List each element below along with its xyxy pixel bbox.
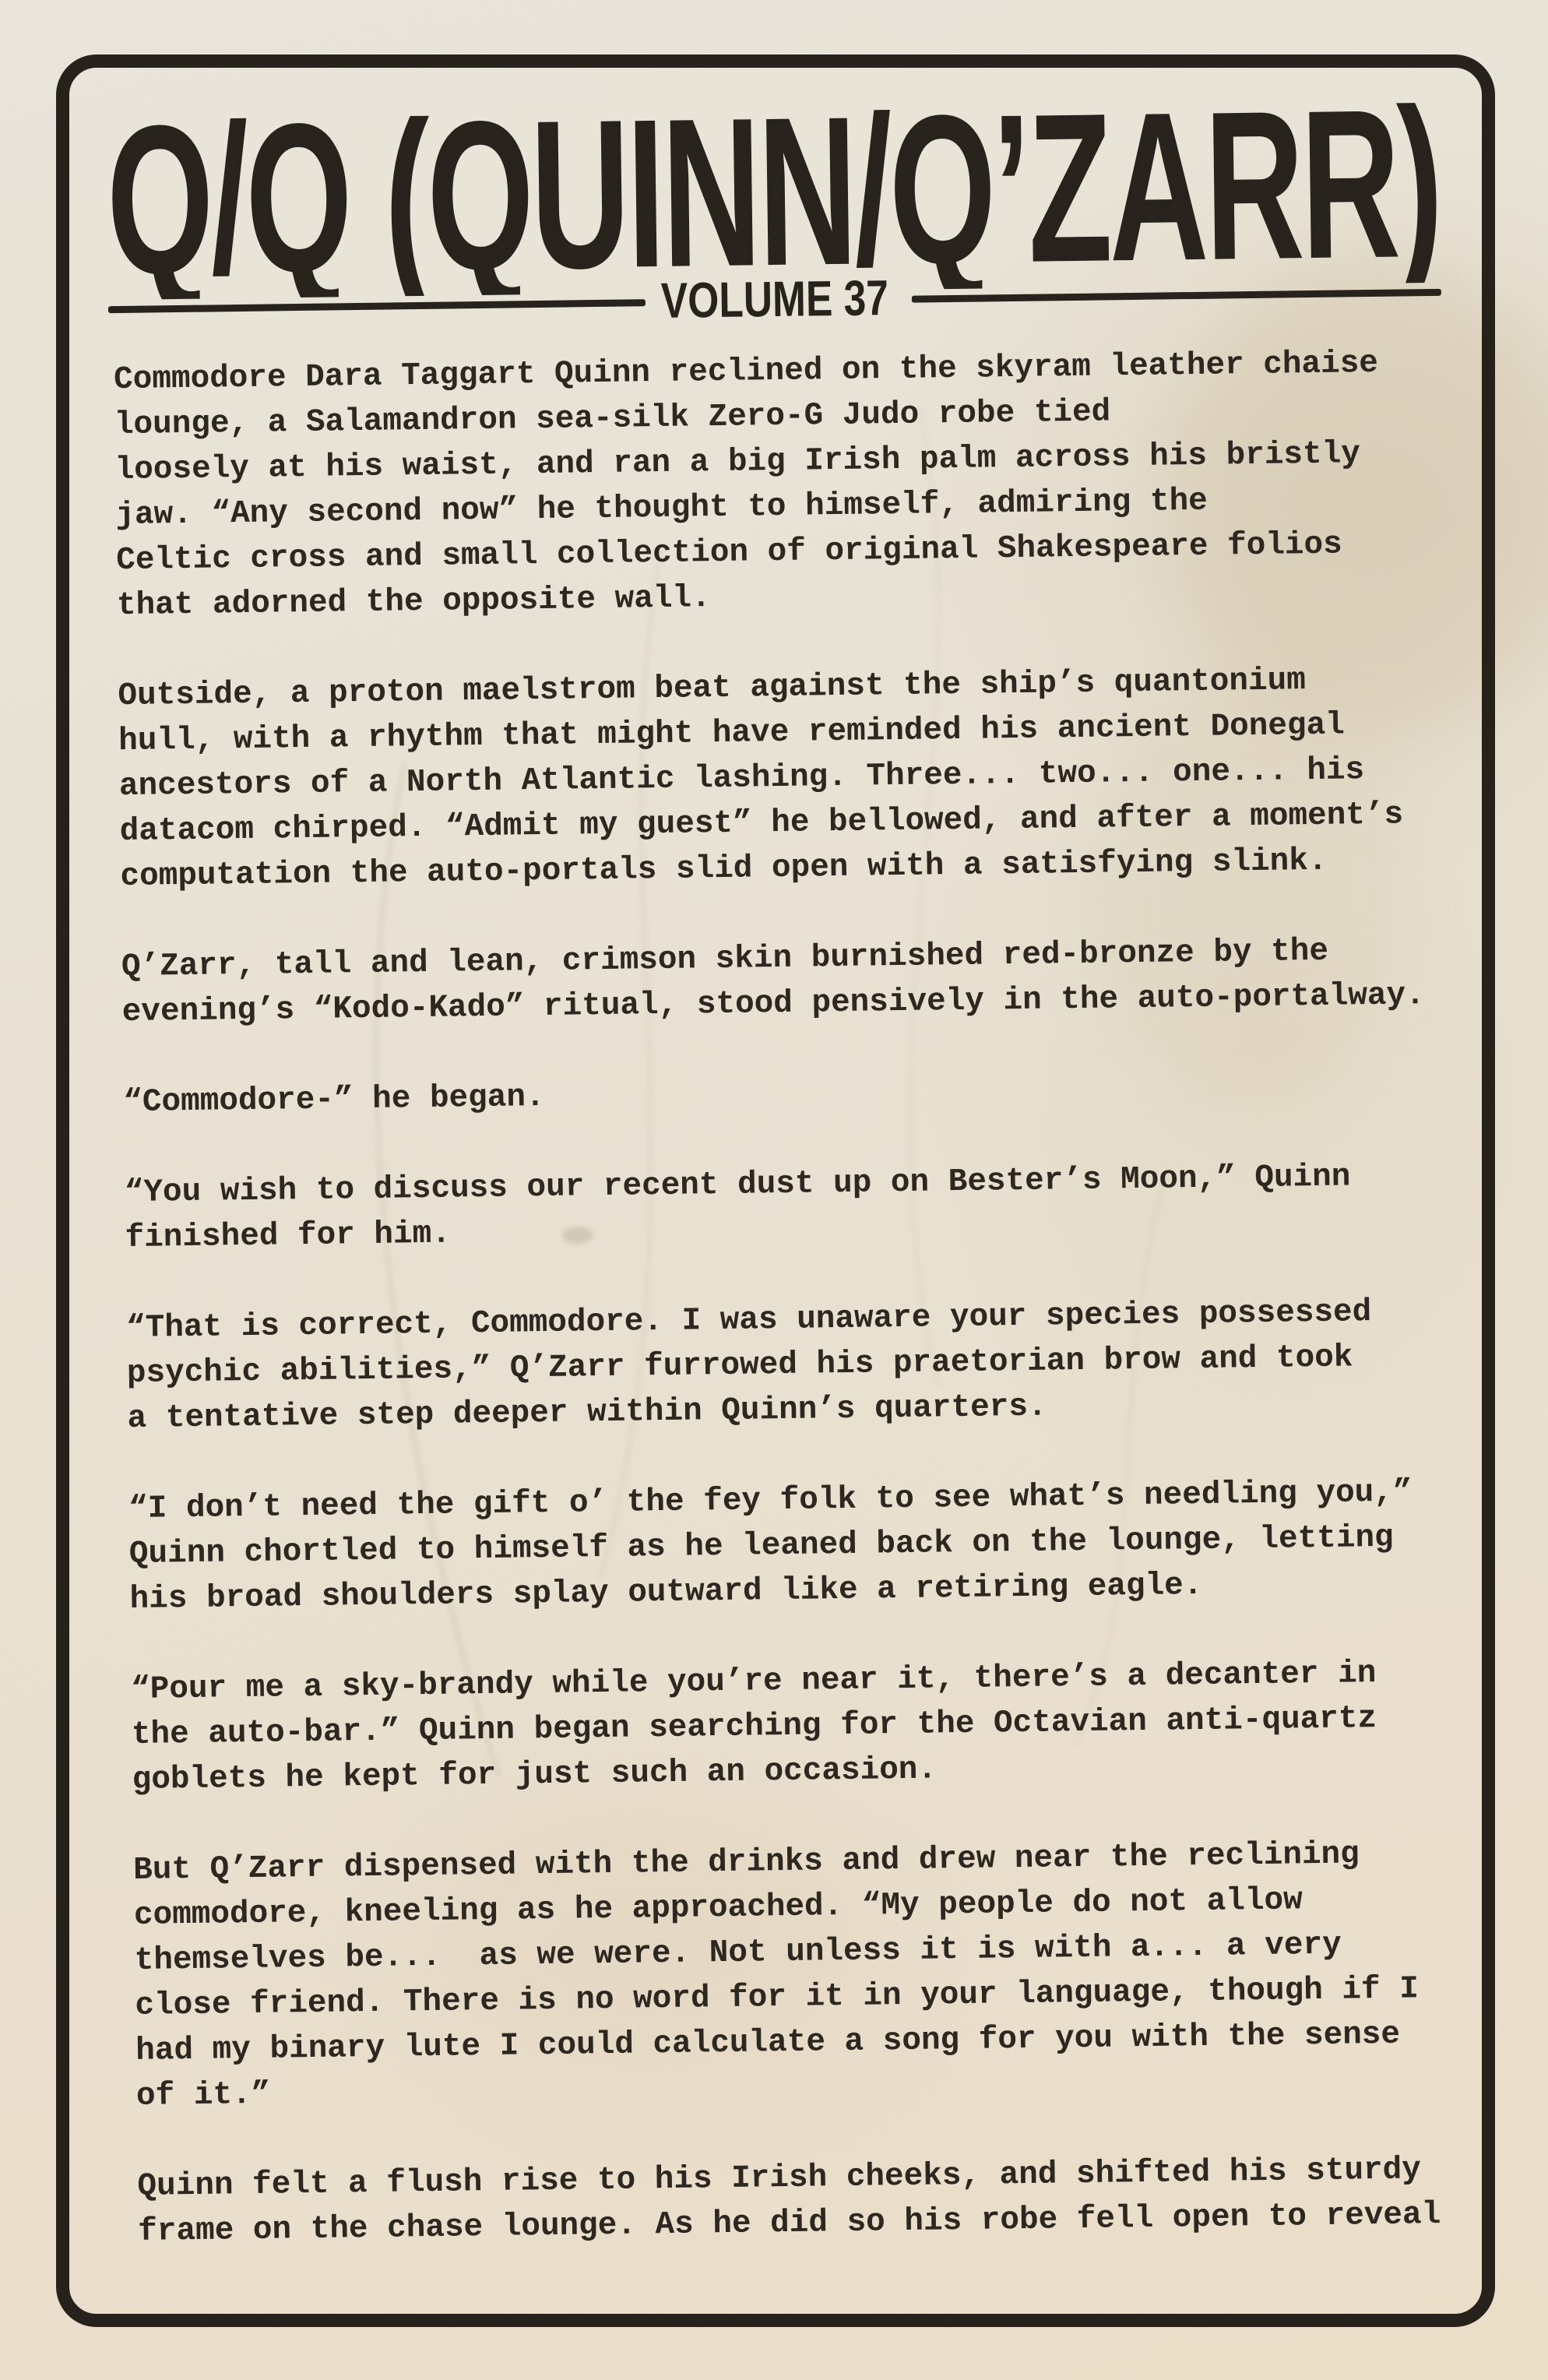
page-title: Q/Q (QUINN/Q’ZARR) — [105, 79, 1441, 301]
volume-rule-right — [912, 289, 1441, 303]
story-text: Commodore Dara Taggart Quinn reclined on… — [114, 340, 1475, 2300]
volume-label-block: VOLUME 37 — [635, 274, 916, 329]
story-paragraph-7: “I don’t need the gift o’ the fey folk t… — [128, 1470, 1466, 1622]
page-title-block: Q/Q (QUINN/Q’ZARR) — [66, 79, 1479, 301]
story-paragraph-4: “Commodore-” he began. — [123, 1063, 1460, 1125]
story-paragraph-1: Commodore Dara Taggart Quinn reclined on… — [114, 340, 1453, 628]
zine-page: Q/Q (QUINN/Q’ZARR) VOLUME 37 Commodore D… — [0, 0, 1548, 2380]
story-paragraph-6: “That is correct, Commodore. I was unawa… — [126, 1289, 1464, 1442]
story-paragraph-8: “Pour me a sky-brandy while you’re near … — [131, 1650, 1469, 1803]
volume-rule-left — [108, 299, 646, 313]
story-paragraph-3: Q’Zarr, tall and lean, crimson skin burn… — [121, 928, 1458, 1035]
volume-label: VOLUME 37 — [660, 274, 888, 329]
story-paragraph-5: “You wish to discuss our recent dust up … — [124, 1153, 1461, 1261]
page-content: Q/Q (QUINN/Q’ZARR) VOLUME 37 Commodore D… — [66, 58, 1507, 2318]
story-paragraph-10: Quinn felt a flush rise to his Irish che… — [137, 2146, 1474, 2254]
story-paragraph-9: But Q’Zarr dispensed with the drinks and… — [133, 1830, 1472, 2118]
story-paragraph-2: Outside, a proton maelstrom beat against… — [118, 657, 1457, 900]
